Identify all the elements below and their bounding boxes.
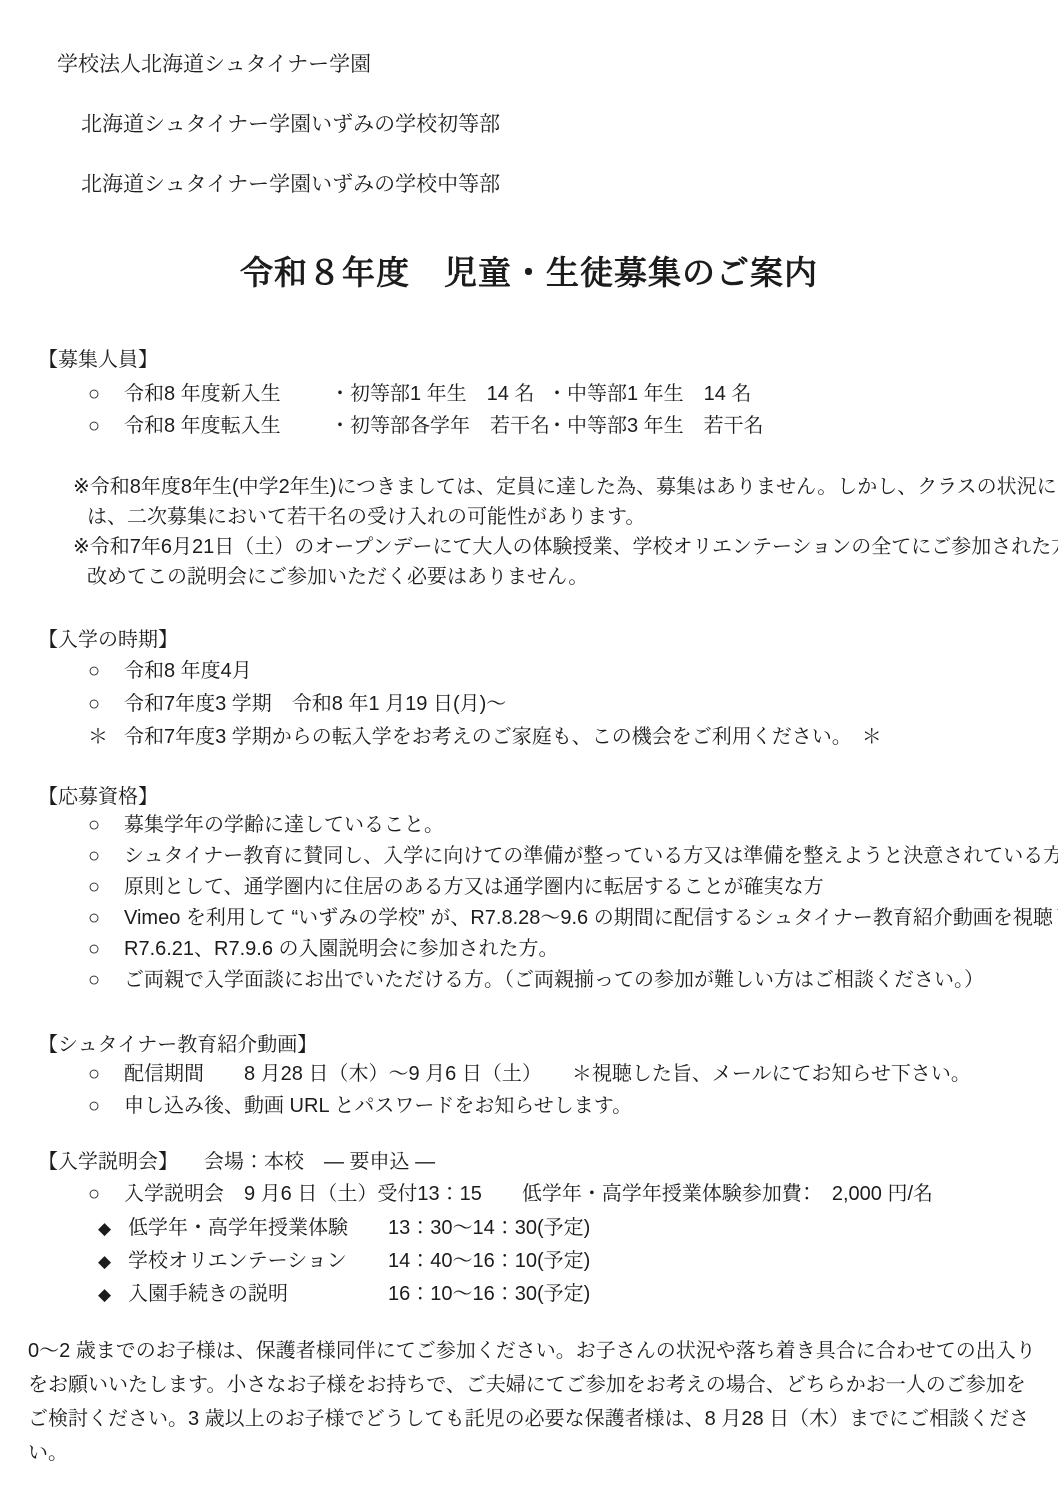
list-item-col1: ・初等部1 年生 14 名 bbox=[330, 378, 547, 410]
recruit-rows: ○令和8 年度新入生・初等部1 年生 14 名・中等部1 年生 14 名 ○令和… bbox=[88, 378, 764, 442]
list-item: ○募集学年の学齢に達していること。 bbox=[88, 810, 1058, 841]
timing-heading: 【入学の時期】 bbox=[38, 628, 178, 652]
video-heading: 【シュタイナー教育紹介動画】 bbox=[38, 1033, 317, 1057]
list-item: ○ご両親で入学面談にお出でいただける方。（ご両親揃っての参加が難しい方はご相談く… bbox=[88, 965, 1058, 996]
recruit-notes: ※令和8年度8年生(中学2年生)につきましては、定員に達した為、募集はありません… bbox=[73, 472, 1058, 592]
list-item: ○令和8 年度新入生・初等部1 年生 14 名・中等部1 年生 14 名 bbox=[88, 378, 764, 410]
list-item: ○令和8 年度転入生・初等部各学年 若干名・中等部3 年生 若干名 bbox=[88, 410, 764, 442]
schedule-row: ◆低学年・高学年授業体験13：30～14：30(予定) bbox=[98, 1212, 590, 1245]
session-heading: 【入学説明会】 bbox=[38, 1151, 178, 1173]
list-item: ○Vimeo を利用して “いずみの学校” が、R7.8.28～9.6 の期間に… bbox=[88, 903, 1058, 934]
note-line: ※令和7年6月21日（土）のオープンデーにて大人の体験授業、学校オリエンテーショ… bbox=[73, 532, 1058, 562]
document-page: 学校法人北海道シュタイナー学園 北海道シュタイナー学園いずみの学校初等部 北海道… bbox=[0, 0, 1058, 1497]
list-item: ○入学説明会 9 月6 日（土）受付13：15 低学年・高学年授業体験参加費： … bbox=[88, 1178, 933, 1210]
circle-bullet: ○ bbox=[88, 810, 124, 841]
school-name-middle: 北海道シュタイナー学園いずみの学校中等部 bbox=[81, 172, 500, 197]
schedule-label: 学校オリエンテーション bbox=[128, 1245, 388, 1277]
schedule-row: ◆学校オリエンテーション14：40～16：10(予定) bbox=[98, 1245, 590, 1278]
list-item: ＊令和7年度3 学期からの転入学をお考えのご家庭も、この機会をご利用ください。 … bbox=[88, 721, 882, 754]
circle-bullet: ○ bbox=[88, 872, 124, 903]
eligibility-heading: 【応募資格】 bbox=[38, 785, 158, 809]
session-main-item: ○入学説明会 9 月6 日（土）受付13：15 低学年・高学年授業体験参加費： … bbox=[88, 1178, 933, 1210]
list-item: ○令和8 年度4月 bbox=[88, 655, 882, 688]
list-item: ○原則として、通学圏内に住居のある方又は通学圏内に転居することが確実な方 bbox=[88, 872, 1058, 903]
list-item-col1: ・初等部各学年 若干名 bbox=[330, 410, 547, 442]
session-heading-row: 【入学説明会】会場：本校 ― 要申込 ― bbox=[38, 1150, 435, 1174]
circle-bullet: ○ bbox=[88, 841, 124, 872]
schedule-time: 16：10～16：30(予定) bbox=[388, 1283, 590, 1305]
circle-bullet: ○ bbox=[88, 1058, 124, 1090]
list-item-label: 令和8 年度新入生 bbox=[124, 378, 330, 410]
footer-note: 0～2 歳までのお子様は、保護者様同伴にてご参加ください。お子さんの状況や落ち着… bbox=[28, 1334, 1036, 1470]
list-item-text: 入学説明会 9 月6 日（土）受付13：15 低学年・高学年授業体験参加費： 2… bbox=[124, 1183, 933, 1205]
list-item: ○配信期間 8 月28 日（木）～9 月6 日（土） ＊視聴した旨、メールにてお… bbox=[88, 1058, 971, 1090]
list-item-text: 令和7年度3 学期 令和8 年1 月19 日(月)～ bbox=[124, 693, 506, 715]
list-item: ○シュタイナー教育に賛同し、入学に向けての準備が整っている方又は準備を整えようと… bbox=[88, 841, 1058, 872]
circle-bullet: ○ bbox=[88, 903, 124, 934]
eligibility-items: ○募集学年の学齢に達していること。 ○シュタイナー教育に賛同し、入学に向けての準… bbox=[88, 810, 1058, 996]
timing-items: ○令和8 年度4月 ○令和7年度3 学期 令和8 年1 月19 日(月)～ ＊令… bbox=[88, 655, 882, 754]
circle-bullet: ○ bbox=[88, 688, 124, 721]
schedule-time: 13：30～14：30(予定) bbox=[388, 1217, 590, 1239]
circle-bullet: ○ bbox=[88, 934, 124, 965]
list-item-text: 申し込み後、動画 URL とパスワードをお知らせします。 bbox=[124, 1095, 632, 1117]
schedule-row: ◆入園手続きの説明16：10～16：30(予定) bbox=[98, 1278, 590, 1311]
session-venue: 会場：本校 ― 要申込 ― bbox=[204, 1151, 435, 1173]
list-item-text: Vimeo を利用して “いずみの学校” が、R7.8.28～9.6 の期間に配… bbox=[124, 907, 1058, 929]
schedule-label: 低学年・高学年授業体験 bbox=[128, 1212, 388, 1244]
recruit-heading: 【募集人員】 bbox=[38, 348, 158, 372]
circle-bullet: ○ bbox=[88, 655, 124, 688]
asterisk-bullet: ＊ bbox=[88, 721, 124, 754]
session-schedule: ◆低学年・高学年授業体験13：30～14：30(予定) ◆学校オリエンテーション… bbox=[98, 1212, 590, 1311]
diamond-bullet: ◆ bbox=[98, 1213, 128, 1245]
diamond-bullet: ◆ bbox=[98, 1279, 128, 1311]
circle-bullet: ○ bbox=[88, 1178, 124, 1210]
note-line: ※令和8年度8年生(中学2年生)につきましては、定員に達した為、募集はありません… bbox=[73, 472, 1058, 502]
list-item: ○R7.6.21、R7.9.6 の入園説明会に参加された方。 bbox=[88, 934, 1058, 965]
page-title: 令和８年度 児童・生徒募集のご案内 bbox=[0, 253, 1058, 293]
list-item-label: 令和8 年度転入生 bbox=[124, 410, 330, 442]
list-item-text: 令和8 年度4月 bbox=[124, 660, 252, 682]
circle-bullet: ○ bbox=[88, 410, 124, 442]
note-line: は、二次募集において若干名の受け入れの可能性があります。 bbox=[73, 502, 1058, 532]
list-item-text: R7.6.21、R7.9.6 の入園説明会に参加された方。 bbox=[124, 938, 559, 960]
school-name-elementary: 北海道シュタイナー学園いずみの学校初等部 bbox=[81, 112, 500, 137]
note-line: 改めてこの説明会にご参加いただく必要はありません。 bbox=[73, 562, 1058, 592]
list-item-col2: ・中等部3 年生 若干名 bbox=[547, 415, 764, 437]
list-item-text: シュタイナー教育に賛同し、入学に向けての準備が整っている方又は準備を整えようと決… bbox=[124, 845, 1058, 867]
list-item-text: 配信期間 8 月28 日（木）～9 月6 日（土） ＊視聴した旨、メールにてお知… bbox=[124, 1063, 971, 1085]
list-item: ○申し込み後、動画 URL とパスワードをお知らせします。 bbox=[88, 1090, 971, 1122]
list-item-text: 令和7年度3 学期からの転入学をお考えのご家庭も、この機会をご利用ください。 ＊ bbox=[124, 726, 882, 748]
list-item-text: 原則として、通学圏内に住居のある方又は通学圏内に転居することが確実な方 bbox=[124, 876, 824, 898]
schedule-time: 14：40～16：10(予定) bbox=[388, 1250, 590, 1272]
list-item: ○令和7年度3 学期 令和8 年1 月19 日(月)～ bbox=[88, 688, 882, 721]
schedule-label: 入園手続きの説明 bbox=[128, 1278, 388, 1310]
circle-bullet: ○ bbox=[88, 378, 124, 410]
org-name: 学校法人北海道シュタイナー学園 bbox=[57, 52, 371, 77]
circle-bullet: ○ bbox=[88, 1090, 124, 1122]
list-item-col2: ・中等部1 年生 14 名 bbox=[547, 383, 751, 405]
list-item-text: 募集学年の学齢に達していること。 bbox=[124, 814, 444, 836]
circle-bullet: ○ bbox=[88, 965, 124, 996]
video-items: ○配信期間 8 月28 日（木）～9 月6 日（土） ＊視聴した旨、メールにてお… bbox=[88, 1058, 971, 1122]
diamond-bullet: ◆ bbox=[98, 1246, 128, 1278]
list-item-text: ご両親で入学面談にお出でいただける方。（ご両親揃っての参加が難しい方はご相談くだ… bbox=[124, 969, 984, 991]
